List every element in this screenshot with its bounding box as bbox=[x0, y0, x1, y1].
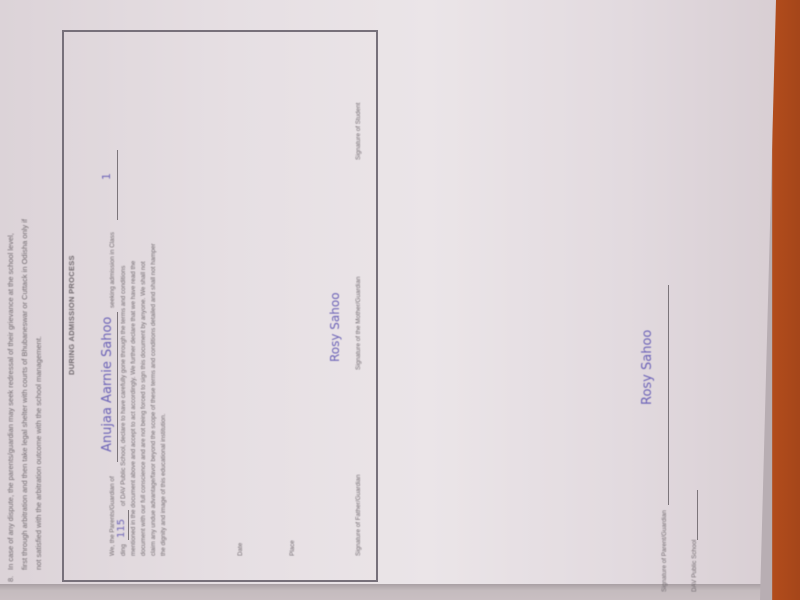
date-label: Date bbox=[236, 543, 246, 556]
parent-signature-line bbox=[668, 285, 669, 505]
declaration-line-5: claim any undue advantage/favor beyond t… bbox=[149, 243, 159, 556]
parent-signature-label: Signature of Parent/Guardian bbox=[660, 510, 670, 592]
clause-line-3: not satisfied with the arbitration outco… bbox=[34, 336, 43, 570]
parent-signature-handwritten: Rosy Sahoo bbox=[640, 330, 655, 405]
place-label: Place bbox=[288, 540, 298, 556]
father-signature-label: Signature of Father/Guardian bbox=[354, 474, 364, 556]
school-label: DAV Public School bbox=[690, 540, 700, 592]
student-name-line bbox=[117, 312, 118, 462]
declaration-line-3: mentioned in the document above and acce… bbox=[129, 261, 139, 556]
declaration-line-2b: of DAV Public School, declare to have ca… bbox=[119, 266, 129, 506]
mother-signature-label: Signature of the Mother/Guardian bbox=[354, 277, 364, 370]
declaration-box: DURING ADMISSION PROCESS We, the Parents… bbox=[62, 30, 378, 582]
declaration-line-6: the dignity and image of this educationa… bbox=[159, 414, 169, 556]
student-signature-label: Signature of Student bbox=[354, 103, 364, 160]
clause-number: 8. bbox=[6, 576, 15, 582]
clause-line-1: In case of any dispute, the parents/guar… bbox=[6, 233, 15, 570]
rotated-document-sheet: 8. In case of any dispute, the parents/g… bbox=[0, 0, 780, 600]
declaration-line-4: document with our full conscience and ar… bbox=[139, 261, 149, 556]
clause-line-2: first through arbitration and then take … bbox=[20, 219, 29, 570]
declaration-line-2a: ding bbox=[119, 544, 129, 556]
class-handwritten: 1 bbox=[100, 173, 113, 180]
declaration-line-1: We, the Parents/Guardian of bbox=[108, 476, 118, 556]
class-line bbox=[117, 150, 118, 220]
mother-signature-handwritten: Rosy Sahoo bbox=[328, 292, 342, 362]
student-name-handwritten: Anujaa Aarnie Sahoo bbox=[100, 317, 115, 452]
seeking-admission-text: seeking admission in Class bbox=[108, 232, 118, 308]
roll-handwritten: 115 bbox=[116, 519, 127, 538]
section-title: DURING ADMISSION PROCESS bbox=[67, 255, 76, 375]
school-line bbox=[697, 490, 698, 540]
